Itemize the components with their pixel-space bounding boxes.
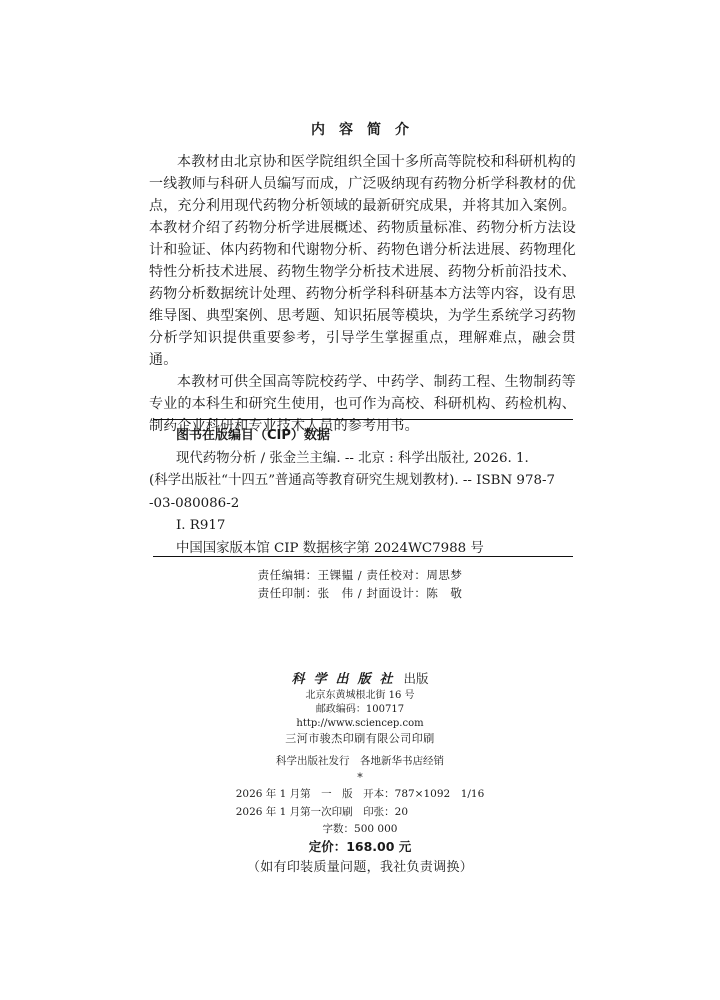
publisher-logo-text: 科学出版社 [291, 672, 401, 687]
separator-asterisk: * [0, 771, 720, 785]
cip-bottom-rule [153, 556, 573, 557]
summary-paragraph: 本教材由北京协和医学院组织全国十多所高等院校和科研机构的一线教师与科研人员编写而… [149, 151, 576, 371]
website-url: http://www.sciencep.com [0, 717, 720, 731]
edition-line: 2026 年 1 月第 一 版 开本：787×1092 1/16 [236, 785, 485, 803]
price: 定价：168.00 元 [0, 838, 720, 856]
edition-info: 2026 年 1 月第 一 版 开本：787×1092 1/16 2026 年 … [236, 785, 485, 821]
printer-line: 三河市骏杰印刷有限公司印刷 [0, 731, 720, 747]
cip-series-line: (科学出版社“十四五”普通高等教育研究生规划教材). -- ISBN 978-7 [149, 470, 579, 493]
credits-editor-line: 责任编辑：王锞韫 / 责任校对：周思梦 [0, 566, 720, 584]
colophon-block: 科学出版社出版 北京东黄城根北街 16 号 邮政编码：100717 http:/… [0, 670, 720, 880]
cip-heading: 图书在版编目（CIP）数据 [149, 425, 579, 448]
credits-printing-line: 责任印制：张 伟 / 封面设计：陈 敬 [0, 584, 720, 602]
content-summary: 本教材由北京协和医学院组织全国十多所高等院校和科研机构的一线教师与科研人员编写而… [149, 151, 576, 437]
publisher-address: 北京东黄城根北街 16 号 [0, 689, 720, 703]
distribution-line: 科学出版社发行 各地新华书店经销 [0, 753, 720, 769]
cip-classification: Ⅰ. R917 [149, 515, 579, 538]
cip-data-block: 图书在版编目（CIP）数据 现代药物分析 / 张金兰主编. -- 北京 : 科学… [149, 425, 579, 560]
word-count: 字数：500 000 [0, 821, 720, 838]
cip-top-rule [153, 419, 573, 420]
credits-block: 责任编辑：王锞韫 / 责任校对：周思梦 责任印制：张 伟 / 封面设计：陈 敬 [0, 566, 720, 602]
page-title: 内容简介 [0, 119, 720, 139]
postcode: 邮政编码：100717 [0, 703, 720, 717]
publisher-line: 科学出版社出版 [0, 670, 720, 689]
cip-title-line: 现代药物分析 / 张金兰主编. -- 北京 : 科学出版社, 2026. 1. [149, 448, 579, 471]
printing-line: 2026 年 1 月第一次印刷 印张：20 [236, 803, 485, 821]
cip-isbn-continuation: -03-080086-2 [149, 493, 579, 516]
quality-notice: （如有印装质量问题，我社负责调换） [0, 856, 720, 880]
publisher-suffix: 出版 [404, 671, 429, 686]
